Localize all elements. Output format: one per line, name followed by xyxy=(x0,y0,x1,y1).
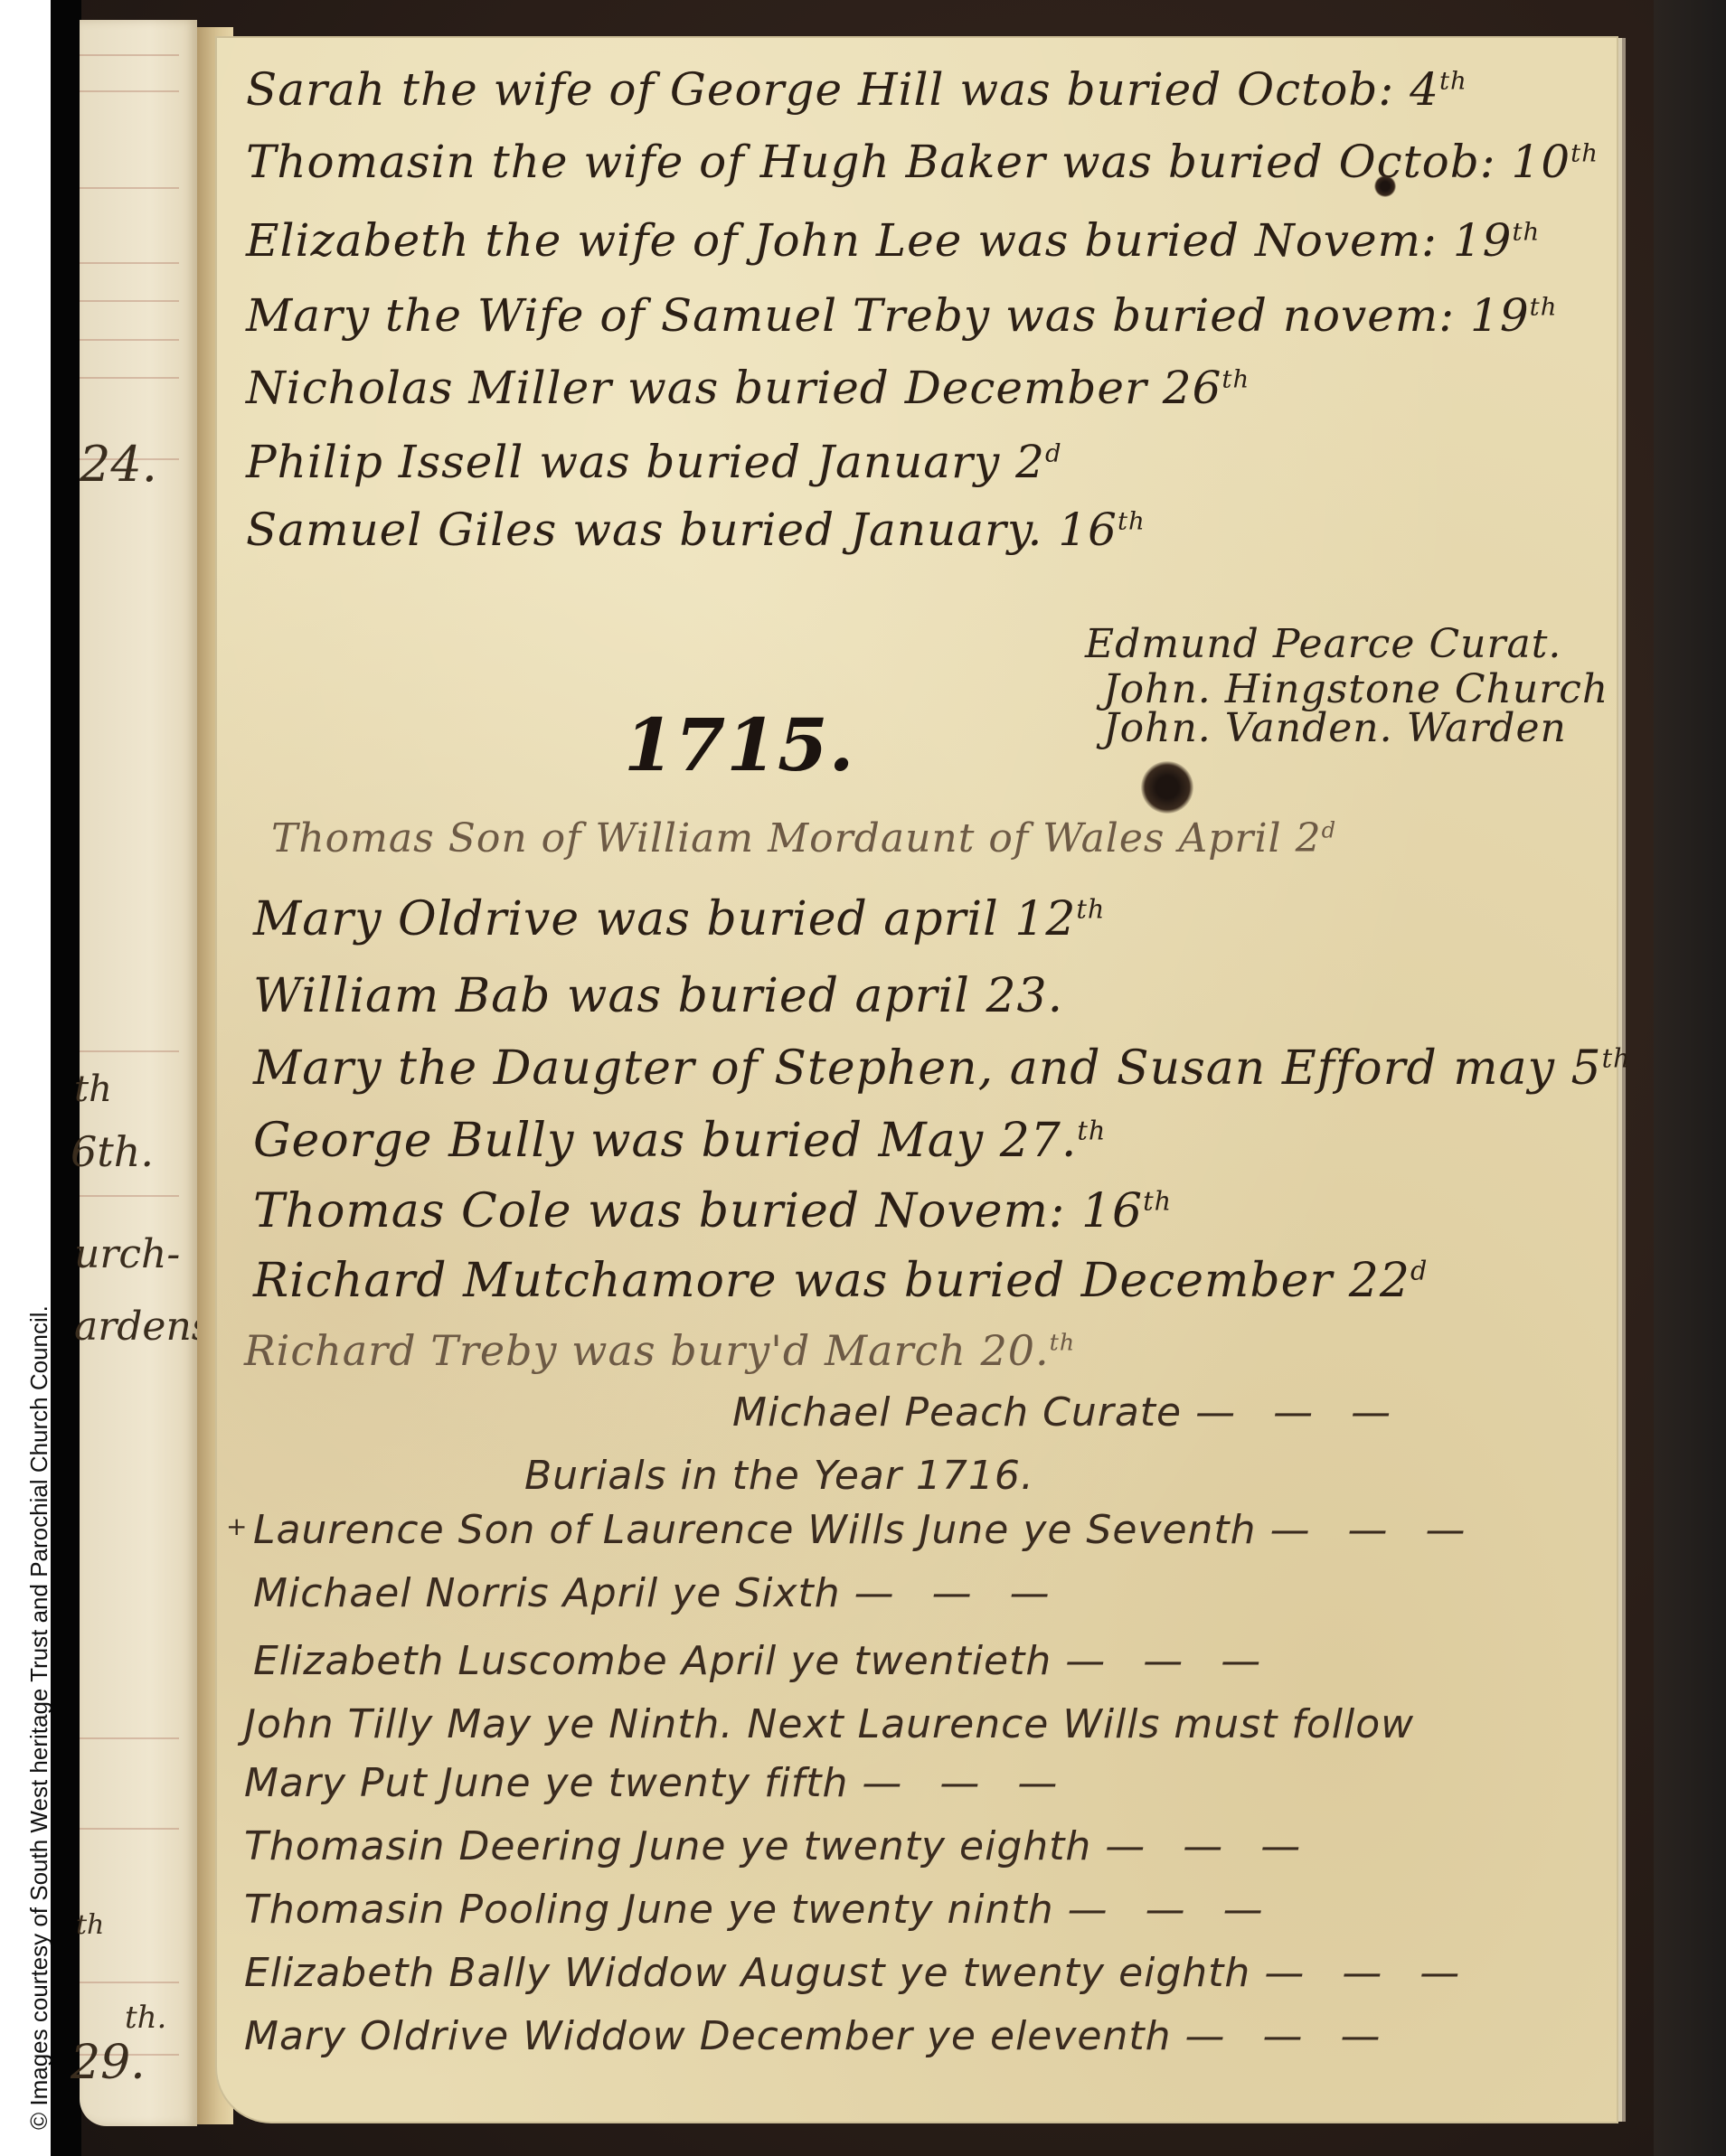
burial-entry: Nicholas Miller was buried December 26th xyxy=(246,362,1250,414)
dashes: — — — xyxy=(862,1760,1070,1806)
facing-fragment: 29. xyxy=(71,2036,146,2090)
entry-day: 23. xyxy=(986,969,1063,1023)
entry-text: Mary Oldrive was buried april xyxy=(253,892,999,946)
entry-suffix: th xyxy=(1050,1330,1075,1356)
dashes: — — — xyxy=(854,1570,1062,1616)
entry-text: Michael Norris April ye Sixth xyxy=(253,1570,841,1616)
entry-suffix: th xyxy=(1076,894,1105,925)
burial-entry: Michael Norris April ye Sixth — — — xyxy=(253,1570,1062,1616)
dashes: — — — xyxy=(1105,1823,1313,1869)
entry-day: 5 xyxy=(1570,1041,1601,1096)
entry-text: Elizabeth the wife of John Lee was burie… xyxy=(246,214,1438,267)
entry-text: Thomas Cole was buried Novem: xyxy=(253,1184,1065,1238)
entry-day: 16 xyxy=(1081,1184,1143,1238)
entry-text: Mary the Wife of Samuel Treby was buried… xyxy=(246,289,1455,342)
facing-fragment: th. xyxy=(125,2000,166,2036)
entry-text: John Tilly May ye Ninth. Next Laurence W… xyxy=(244,1701,1414,1747)
entry-text: Nicholas Miller was buried December xyxy=(246,362,1147,414)
entry-suffix: th xyxy=(1602,1043,1631,1074)
burial-entry: Mary Oldrive was buried april 12th xyxy=(253,892,1105,946)
entry-text: Mary Oldrive Widdow December ye eleventh xyxy=(244,2013,1171,2059)
entry-day: 4 xyxy=(1410,63,1439,116)
entry-day: 22 xyxy=(1349,1254,1410,1308)
burial-entry: Thomasin the wife of Hugh Baker was buri… xyxy=(246,136,1599,188)
burial-entry: Laurence Son of Laurence Wills June ye S… xyxy=(253,1507,1478,1553)
entry-text: Samuel Giles was buried January. xyxy=(246,504,1042,556)
ruled-line xyxy=(80,90,179,92)
dashes: — — — xyxy=(1270,1507,1478,1553)
entry-text: Richard Mutchamore was buried December xyxy=(253,1254,1333,1308)
margin-mark: + xyxy=(226,1511,247,1541)
burial-entry: Richard Treby was bury'd March 20.th xyxy=(244,1326,1075,1375)
ruled-line xyxy=(80,339,179,341)
copyright-credit: © Images courtesy of South West heritage… xyxy=(25,1305,53,2130)
signatory: Edmund Pearce Curat. xyxy=(1085,621,1561,667)
entry-day: 19 xyxy=(1470,289,1530,342)
entry-day: 16 xyxy=(1058,504,1118,556)
year-heading-1715: 1715. xyxy=(624,702,855,787)
entry-suffix: th xyxy=(1118,506,1146,535)
signatory: John. Vanden. Warden xyxy=(1103,705,1567,751)
entry-text: Philip Issell was buried January xyxy=(246,436,1000,488)
entry-text: Thomasin the wife of Hugh Baker was buri… xyxy=(246,136,1496,188)
entry-text: Mary the Daugter of Stephen, and Susan E… xyxy=(253,1041,1555,1096)
ruled-line xyxy=(80,377,179,379)
burial-entry: Mary the Daugter of Stephen, and Susan E… xyxy=(253,1041,1630,1096)
facing-fragment: th xyxy=(76,1909,104,1941)
ruled-line xyxy=(80,1982,179,1983)
burial-entry: Mary the Wife of Samuel Treby was buried… xyxy=(246,289,1557,342)
burial-entry: Philip Issell was buried January 2d xyxy=(246,436,1062,488)
ruled-line xyxy=(80,300,179,302)
burial-entry: Elizabeth Luscombe April ye twentieth — … xyxy=(253,1638,1273,1684)
burial-entry: Elizabeth Bally Widdow August ye twenty … xyxy=(244,1950,1472,1996)
signatory-role: Curat. xyxy=(1429,621,1561,667)
entry-day: 20. xyxy=(981,1326,1050,1375)
facing-fragment: urch- xyxy=(74,1231,180,1277)
entry-suffix: th xyxy=(1512,217,1540,246)
entry-text: Elizabeth Luscombe April ye twentieth xyxy=(253,1638,1052,1684)
facing-fragment: 24. xyxy=(80,436,157,493)
entry-text: Mary Put June ye twenty fifth xyxy=(244,1760,848,1806)
burial-entry: Samuel Giles was buried January. 16th xyxy=(246,504,1146,556)
dashes: — — — xyxy=(1065,1638,1273,1684)
entry-text: Richard Treby was bury'd March xyxy=(244,1326,967,1375)
credit-strip: © Images courtesy of South West heritage… xyxy=(0,0,51,2156)
entry-text: William Bab was buried april xyxy=(253,969,970,1023)
signatory-role: Warden xyxy=(1407,705,1567,751)
entry-day: 12 xyxy=(1014,892,1076,946)
ruled-line xyxy=(80,54,179,56)
facing-page: 24. th 6th. urch- ardens. th 29. th. xyxy=(80,20,197,2126)
burial-entry: Richard Mutchamore was buried December 2… xyxy=(253,1254,1428,1308)
ink-blot xyxy=(1141,761,1193,814)
entry-suffix: th xyxy=(1439,66,1467,95)
entry-day: 2 xyxy=(1296,815,1322,861)
entry-text: Sarah the wife of George Hill was buried… xyxy=(246,63,1394,116)
entry-suffix: th xyxy=(1077,1116,1106,1146)
cover-edge xyxy=(1654,0,1726,2156)
burial-entry: Thomas Cole was buried Novem: 16th xyxy=(253,1184,1172,1238)
burial-entry: William Bab was buried april 23. xyxy=(253,969,1063,1023)
dashes: — — — xyxy=(1184,2013,1392,2059)
ruled-line xyxy=(80,1737,179,1739)
signatory-name: John. Vanden. xyxy=(1103,705,1393,751)
ruled-line xyxy=(80,1050,179,1052)
entry-text: Elizabeth Bally Widdow August ye twenty … xyxy=(244,1950,1250,1996)
ruled-line xyxy=(80,1828,179,1830)
facing-fragment: 6th. xyxy=(71,1127,154,1176)
register-page: Sarah the wife of George Hill was buried… xyxy=(217,38,1617,2122)
curate-name: Michael Peach Curate xyxy=(732,1389,1182,1436)
ruled-line xyxy=(80,1195,179,1197)
entry-day: 2 xyxy=(1015,436,1045,488)
entry-day: 19 xyxy=(1453,214,1513,267)
burial-entry: Thomasin Deering June ye twenty eighth —… xyxy=(244,1823,1313,1869)
ink-blot xyxy=(1374,175,1396,197)
year-heading-1716: Burials in the Year 1716. xyxy=(524,1453,1034,1499)
signatory-name: Edmund Pearce xyxy=(1085,621,1415,667)
entry-day: 10 xyxy=(1512,136,1571,188)
entry-suffix: d xyxy=(1045,438,1062,467)
entry-suffix: th xyxy=(1570,138,1599,167)
entry-text: Thomas Son of William Mordaunt of Wales … xyxy=(271,815,1282,861)
dashes: — — — xyxy=(1264,1950,1472,1996)
entry-suffix: th xyxy=(1530,292,1558,321)
entry-suffix: d xyxy=(1410,1256,1428,1286)
burial-entry: George Bully was buried May 27.th xyxy=(253,1114,1106,1168)
ruled-line xyxy=(80,262,179,264)
burial-entry: Sarah the wife of George Hill was buried… xyxy=(246,63,1467,116)
entry-suffix: d xyxy=(1322,817,1336,843)
burial-entry: Mary Oldrive Widdow December ye eleventh… xyxy=(244,2013,1392,2059)
entry-suffix: th xyxy=(1221,364,1250,393)
curate-signature: Michael Peach Curate — — — xyxy=(732,1389,1403,1436)
burial-entry: Mary Put June ye twenty fifth — — — xyxy=(244,1760,1070,1806)
entry-text: Thomasin Deering June ye twenty eighth xyxy=(244,1823,1091,1869)
entry-suffix: th xyxy=(1143,1186,1172,1217)
entry-day: 27. xyxy=(1000,1114,1078,1168)
burial-entry: Thomasin Pooling June ye twenty ninth — … xyxy=(244,1887,1276,1933)
facing-fragment: th xyxy=(74,1069,112,1110)
entry-text: Thomasin Pooling June ye twenty ninth xyxy=(244,1887,1054,1933)
entry-text: George Bully was buried May xyxy=(253,1114,984,1168)
ruled-line xyxy=(80,187,179,189)
burial-entry: John Tilly May ye Ninth. Next Laurence W… xyxy=(244,1701,1414,1747)
entry-day: 26 xyxy=(1163,362,1222,414)
dashes: — — — xyxy=(1068,1887,1276,1933)
burial-entry: Elizabeth the wife of John Lee was burie… xyxy=(246,214,1540,267)
burial-entry: Thomas Son of William Mordaunt of Wales … xyxy=(271,815,1336,861)
dashes: — — — xyxy=(1195,1389,1403,1436)
entry-text: Laurence Son of Laurence Wills June ye S… xyxy=(253,1507,1257,1553)
